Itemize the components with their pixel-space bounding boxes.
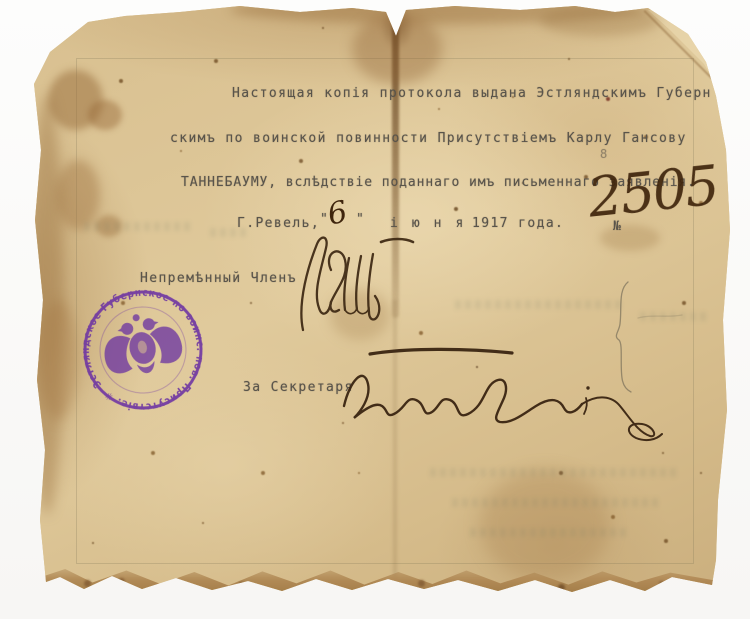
stain — [540, 6, 660, 36]
stain — [330, 290, 390, 340]
stain — [480, 470, 610, 580]
paper-sheet: Настоящая копія протокола выдана Эстлянд… — [0, 0, 750, 619]
stain — [38, 300, 78, 420]
city-label: Г.Ревель, — [237, 217, 320, 230]
member-label: Непремѣнный Членъ — [140, 272, 297, 285]
ghost-text-impression — [640, 312, 710, 321]
torn-bottom-edge — [38, 566, 718, 596]
month-label: іюня — [390, 217, 477, 230]
document-scan: Настоящая копія протокола выдана Эстлянд… — [0, 0, 750, 619]
ghost-text-impression — [430, 468, 680, 477]
ghost-text-impression — [452, 498, 662, 507]
close-quote: " — [356, 213, 365, 226]
ghost-text-impression — [455, 300, 625, 309]
stain — [56, 160, 100, 230]
stain — [352, 14, 442, 84]
ghost-text-impression — [470, 528, 630, 537]
typed-line-2: скимъ по воинской повинности Присутствіе… — [170, 132, 687, 145]
typed-line-1: Настоящая копія протокола выдана Эстлянд… — [232, 87, 712, 100]
small-ink-mark: 8 — [600, 148, 609, 160]
secretary-label: За Секретаря — [243, 381, 354, 394]
stain — [88, 100, 122, 130]
stain — [600, 225, 660, 251]
handwritten-number: 2505 — [585, 153, 720, 229]
center-fold-crease-lower — [393, 300, 397, 582]
year-label: 1917 года. — [472, 217, 564, 230]
torn-edge-spots — [0, 0, 3, 3]
ghost-text-impression — [84, 222, 194, 231]
foxing-specks — [0, 0, 2, 2]
